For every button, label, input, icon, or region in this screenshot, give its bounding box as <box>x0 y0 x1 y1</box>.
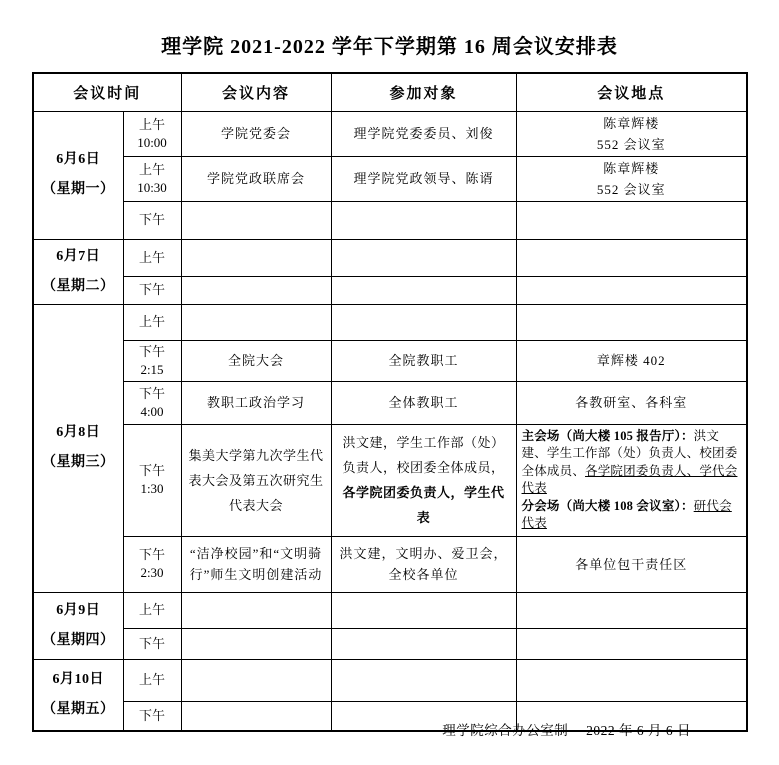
participants-cell: 理学院党委委员、刘俊 <box>331 111 516 156</box>
content-cell <box>181 239 331 276</box>
participants-cell <box>331 628 516 659</box>
table-row: 下午 <box>33 628 747 659</box>
time-cell: 下午 2:15 <box>123 340 181 381</box>
location-cell <box>516 276 747 304</box>
date-cell-tue: 6月7日 （星期二） <box>33 239 123 304</box>
content-cell <box>181 276 331 304</box>
date-text: 6月7日 <box>38 242 119 272</box>
table-row: 下午 4:00 教职工政治学习 全体教职工 各教研室、各科室 <box>33 381 747 424</box>
time-cell: 下午 <box>123 628 181 659</box>
time-cell: 上午 10:30 <box>123 156 181 201</box>
participants-cell <box>331 239 516 276</box>
header-location: 会议地点 <box>516 73 747 111</box>
content-cell <box>181 592 331 628</box>
content-cell <box>181 701 331 731</box>
content-cell: 学院党委会 <box>181 111 331 156</box>
table-row: 6月8日 （星期三） 上午 <box>33 304 747 340</box>
content-cell: 集美大学第九次学生代表大会及第五次研究生代表大会 <box>181 424 331 536</box>
table-row: 下午 2:30 “洁净校园”和“文明骑行”师生文明创建活动 洪文建，文明办、爱卫… <box>33 536 747 592</box>
table-row: 6月7日 （星期二） 上午 <box>33 239 747 276</box>
date-text: 6月8日 <box>38 418 119 448</box>
time-text: 1:30 <box>126 480 179 498</box>
content-cell: 学院党政联席会 <box>181 156 331 201</box>
sub-venue-label: 分会场（尚大楼 108 会议室）： <box>522 499 694 513</box>
header-meeting-content: 会议内容 <box>181 73 331 111</box>
date-cell-wed: 6月8日 （星期三） <box>33 304 123 592</box>
document-page: 理学院 2021-2022 学年下学期第 16 周会议安排表 会议时间 会议内容… <box>0 0 779 765</box>
table-row: 下午 2:15 全院大会 全院教职工 章辉楼 402 <box>33 340 747 381</box>
location-cell <box>516 304 747 340</box>
date-text: 6月9日 <box>38 596 119 626</box>
location-line2: 552 会议室 <box>521 179 743 200</box>
time-cell: 上午 <box>123 659 181 701</box>
time-cell: 下午 <box>123 201 181 239</box>
content-cell <box>181 304 331 340</box>
location-line1: 陈章辉楼 <box>521 113 743 134</box>
location-line1: 陈章辉楼 <box>521 158 743 179</box>
weekday-text: （星期三） <box>38 448 119 478</box>
weekday-text: （星期一） <box>38 175 119 205</box>
main-venue-label: 主会场（尚大楼 105 报告厅）： <box>522 429 694 443</box>
location-cell: 陈章辉楼 552 会议室 <box>516 111 747 156</box>
period-text: 下午 <box>126 385 179 403</box>
date-cell-thu: 6月9日 （星期四） <box>33 592 123 659</box>
participants-cell: 理学院党政领导、陈谞 <box>331 156 516 201</box>
footer-author: 理学院综合办公室制 <box>442 723 568 738</box>
table-row: 下午 1:30 集美大学第九次学生代表大会及第五次研究生代表大会 洪文建，学生工… <box>33 424 747 536</box>
time-text: 2:30 <box>126 564 179 582</box>
content-cell: 教职工政治学习 <box>181 381 331 424</box>
participants-cell: 洪文建，文明办、爱卫会，全校各单位 <box>331 536 516 592</box>
time-text: 10:30 <box>126 179 179 197</box>
location-cell <box>516 201 747 239</box>
location-cell: 章辉楼 402 <box>516 340 747 381</box>
footer-date: 2022 年 6 月 6 日 <box>586 723 691 738</box>
participants-cell <box>331 304 516 340</box>
table-row: 6月10日 （星期五） 上午 <box>33 659 747 701</box>
time-cell: 下午 4:00 <box>123 381 181 424</box>
table-row: 下午 <box>33 201 747 239</box>
time-cell: 下午 <box>123 276 181 304</box>
location-line2: 552 会议室 <box>521 134 743 155</box>
time-text: 2:15 <box>126 361 179 379</box>
date-cell-mon: 6月6日 （星期一） <box>33 111 123 239</box>
location-cell: 各教研室、各科室 <box>516 381 747 424</box>
date-cell-fri: 6月10日 （星期五） <box>33 659 123 731</box>
time-cell: 上午 10:00 <box>123 111 181 156</box>
location-cell <box>516 659 747 701</box>
participants-cell <box>331 659 516 701</box>
header-meeting-time: 会议时间 <box>33 73 181 111</box>
table-row: 下午 <box>33 276 747 304</box>
header-participants: 参加对象 <box>331 73 516 111</box>
location-cell: 陈章辉楼 552 会议室 <box>516 156 747 201</box>
participants-cell: 洪文建，学生工作部（处）负责人，校团委全体成员，各学院团委负责人，学生代表 <box>331 424 516 536</box>
participants-bold-text: 各学院团委负责人，学生代表 <box>343 485 505 525</box>
location-cell: 各单位包干责任区 <box>516 536 747 592</box>
date-text: 6月10日 <box>38 665 119 695</box>
time-text: 4:00 <box>126 403 179 421</box>
page-title: 理学院 2021-2022 学年下学期第 16 周会议安排表 <box>0 30 779 59</box>
time-text: 10:00 <box>126 134 179 152</box>
participants-cell <box>331 201 516 239</box>
content-cell <box>181 628 331 659</box>
participants-cell <box>331 276 516 304</box>
footer: 理学院综合办公室制 2022 年 6 月 6 日 <box>442 719 691 739</box>
table-row: 6月6日 （星期一） 上午 10:00 学院党委会 理学院党委委员、刘俊 陈章辉… <box>33 111 747 156</box>
table-row: 6月9日 （星期四） 上午 <box>33 592 747 628</box>
location-cell <box>516 628 747 659</box>
time-cell: 上午 <box>123 592 181 628</box>
location-cell: 主会场（尚大楼 105 报告厅）：洪文建、学生工作部（处）负责人、校团委全体成员… <box>516 424 747 536</box>
location-cell <box>516 592 747 628</box>
period-text: 下午 <box>126 546 179 564</box>
participants-cell: 全院教职工 <box>331 340 516 381</box>
content-cell <box>181 201 331 239</box>
weekday-text: （星期五） <box>38 695 119 725</box>
content-cell: 全院大会 <box>181 340 331 381</box>
location-cell <box>516 239 747 276</box>
period-text: 下午 <box>126 343 179 361</box>
weekday-text: （星期四） <box>38 626 119 656</box>
participants-cell <box>331 592 516 628</box>
meeting-schedule-table: 会议时间 会议内容 参加对象 会议地点 6月6日 （星期一） 上午 10:00 … <box>32 72 748 732</box>
period-text: 上午 <box>126 116 179 134</box>
date-text: 6月6日 <box>38 145 119 175</box>
time-cell: 下午 1:30 <box>123 424 181 536</box>
time-cell: 下午 <box>123 701 181 731</box>
participants-normal-text: 洪文建，学生工作部（处）负责人，校团委全体成员， <box>343 435 505 475</box>
header-row: 会议时间 会议内容 参加对象 会议地点 <box>33 73 747 111</box>
content-cell: “洁净校园”和“文明骑行”师生文明创建活动 <box>181 536 331 592</box>
time-cell: 下午 2:30 <box>123 536 181 592</box>
weekday-text: （星期二） <box>38 272 119 302</box>
content-cell <box>181 659 331 701</box>
time-cell: 上午 <box>123 239 181 276</box>
participants-cell: 全体教职工 <box>331 381 516 424</box>
table-row: 上午 10:30 学院党政联席会 理学院党政领导、陈谞 陈章辉楼 552 会议室 <box>33 156 747 201</box>
period-text: 下午 <box>126 462 179 480</box>
time-cell: 上午 <box>123 304 181 340</box>
period-text: 上午 <box>126 161 179 179</box>
